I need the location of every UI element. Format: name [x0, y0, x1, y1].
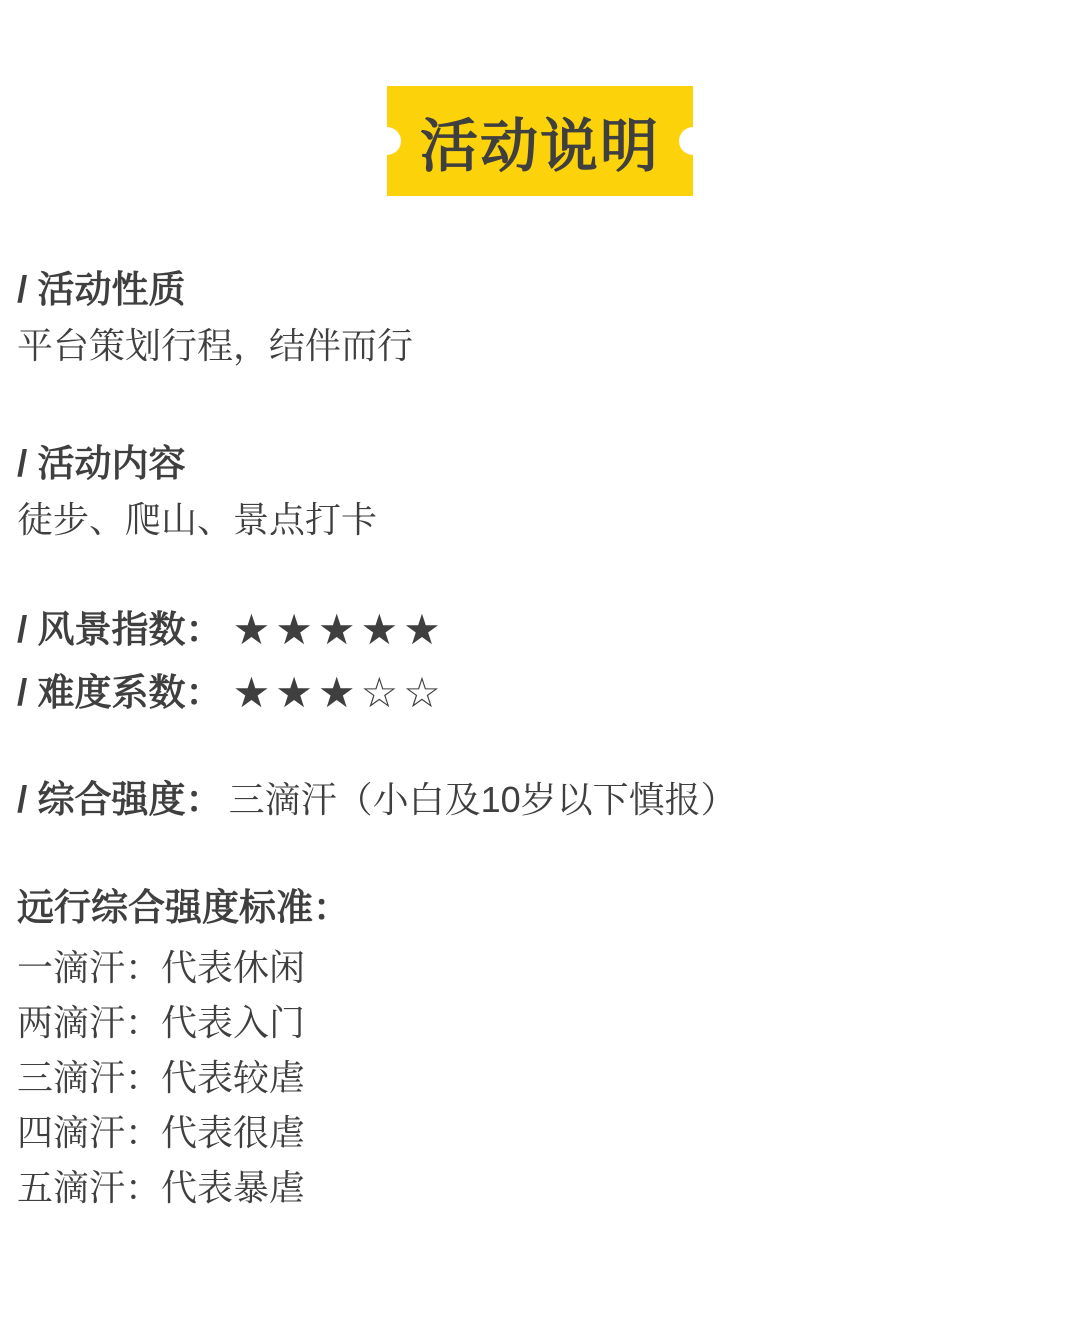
activity-content-heading: / 活动内容 — [17, 444, 1060, 484]
overall-intensity-value: 三滴汗（小白及10岁以下慎报） — [229, 779, 737, 820]
ticket-notch-left-icon — [373, 127, 401, 155]
page-title: 活动说明 — [420, 99, 660, 183]
intensity-standards-list: 一滴汗：代表休闲 两滴汗：代表入门 三滴汗：代表较虐 四滴汗：代表很虐 五滴汗：… — [17, 940, 1060, 1215]
scenery-star-rating: ★★★★★ — [233, 606, 446, 653]
ticket-banner: 活动说明 — [387, 86, 693, 196]
intensity-standards-title: 远行综合强度标准： — [17, 888, 1060, 928]
section-activity-nature: / 活动性质 平台策划行程，结伴而行 — [17, 270, 1060, 366]
list-item: 五滴汗：代表暴虐 — [17, 1160, 1060, 1215]
activity-nature-body: 平台策划行程，结伴而行 — [17, 326, 1060, 366]
overall-intensity-line: / 综合强度：三滴汗（小白及10岁以下慎报） — [17, 777, 1060, 822]
intensity-standards-block: 远行综合强度标准： 一滴汗：代表休闲 两滴汗：代表入门 三滴汗：代表较虐 四滴汗… — [17, 888, 1060, 1215]
section-activity-content: / 活动内容 徒步、爬山、景点打卡 — [17, 444, 1060, 540]
ratings-block: / 风景指数：★★★★★ / 难度系数：★★★☆☆ — [17, 606, 1060, 716]
list-item: 两滴汗：代表入门 — [17, 995, 1060, 1050]
content-area: / 活动性质 平台策划行程，结伴而行 / 活动内容 徒步、爬山、景点打卡 / 风… — [0, 270, 1080, 1255]
difficulty-rating-line: / 难度系数：★★★☆☆ — [17, 669, 1060, 716]
activity-notice-page: 活动说明 / 活动性质 平台策划行程，结伴而行 / 活动内容 徒步、爬山、景点打… — [0, 86, 1080, 1325]
difficulty-star-rating: ★★★☆☆ — [233, 669, 446, 716]
ticket-notch-right-icon — [679, 127, 707, 155]
overall-intensity-label: / 综合强度： — [17, 779, 223, 820]
list-item: 四滴汗：代表很虐 — [17, 1105, 1060, 1160]
list-item: 三滴汗：代表较虐 — [17, 1050, 1060, 1105]
difficulty-rating-label: / 难度系数： — [17, 672, 223, 713]
activity-content-body: 徒步、爬山、景点打卡 — [17, 500, 1060, 540]
scenery-rating-label: / 风景指数： — [17, 609, 223, 650]
list-item: 一滴汗：代表休闲 — [17, 940, 1060, 995]
activity-nature-heading: / 活动性质 — [17, 270, 1060, 310]
scenery-rating-line: / 风景指数：★★★★★ — [17, 606, 1060, 653]
